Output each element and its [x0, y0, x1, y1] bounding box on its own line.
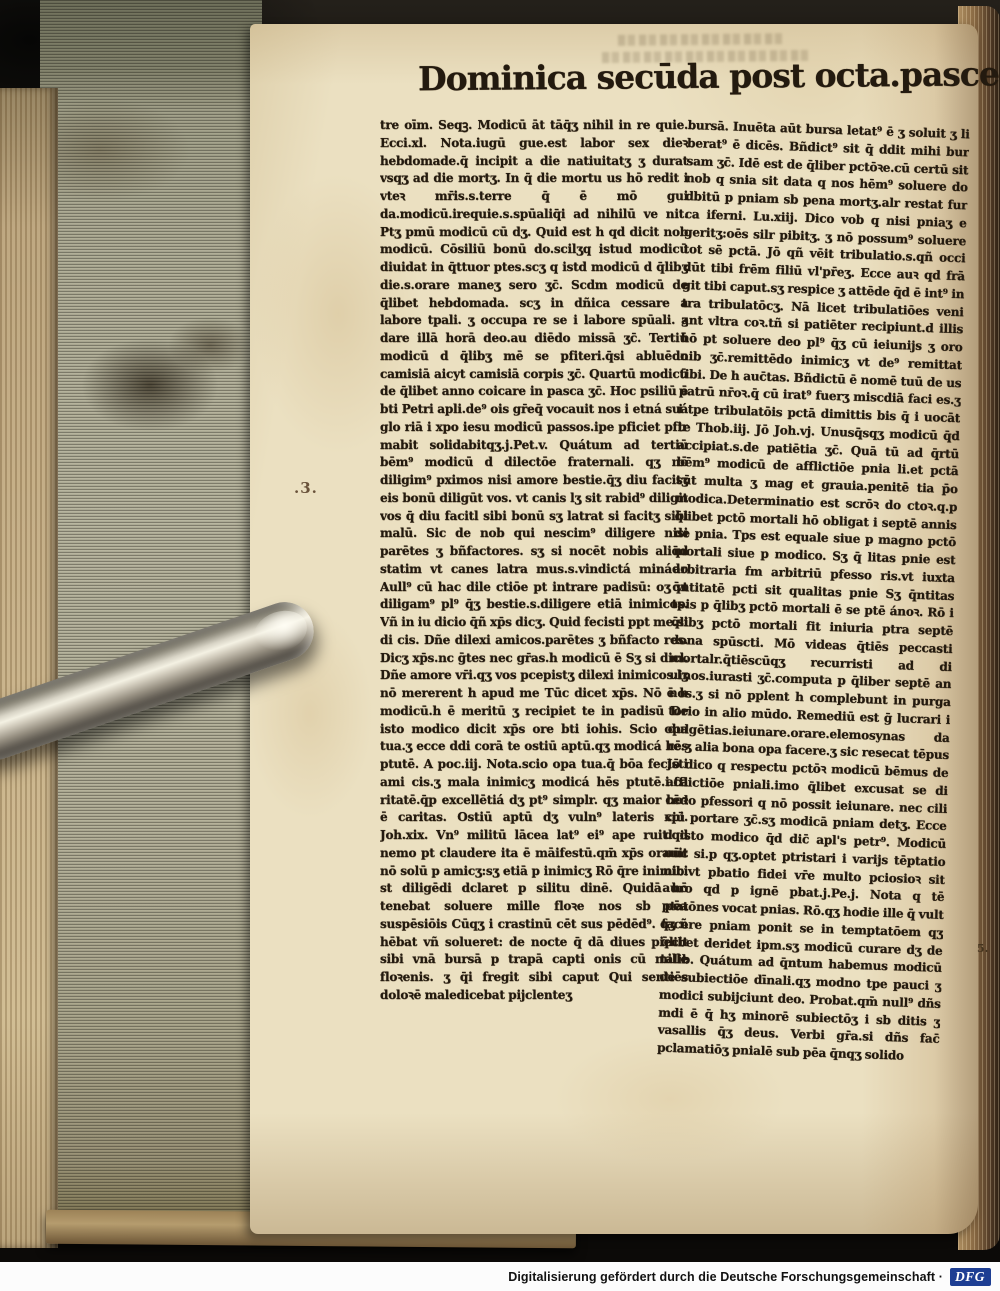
margin-quire-mark: 5. [977, 942, 988, 955]
dfg-logo: DFG [950, 1268, 991, 1286]
book-page: Dominica secūda post octa.pasce tre oīm.… [250, 24, 978, 1234]
text-column-left: tre oīm. Seqꝫ. Modicū āt tāq̄ʒ nihil in … [380, 117, 688, 1069]
scan-photo: Dominica secūda post octa.pasce tre oīm.… [0, 0, 1000, 1262]
margin-folio-mark: .3. [294, 479, 318, 497]
vellum-cover-edge [0, 88, 58, 1248]
verso-show-through [618, 33, 786, 46]
page-header-title: Dominica secūda post octa.pasce [418, 55, 948, 99]
text-column-right: bursā. Inuēta aūt bursa letat⁹ ē ʒ solui… [656, 117, 970, 1082]
footer-credit-bar: Digitalisierung gefördert durch die Deut… [0, 1262, 1000, 1291]
digitization-credit-text: Digitalisierung gefördert durch die Deut… [508, 1270, 943, 1284]
